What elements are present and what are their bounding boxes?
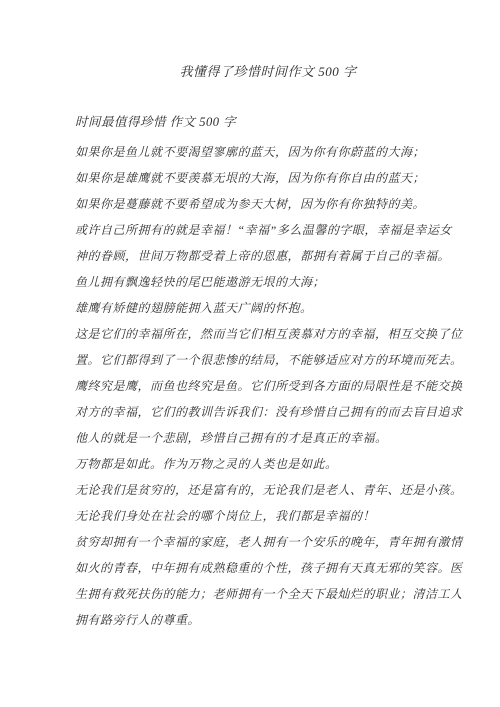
body-line: 如火的青春，中年拥有成熟稳重的个性，孩子拥有天真无邪的笑容。医 bbox=[75, 555, 445, 581]
body-line: 生拥有救死扶伤的能力；老师拥有一个全天下最灿烂的职业；清洁工人 bbox=[75, 581, 445, 607]
document-body: 如果你是鱼儿就不要渴望寥廓的蓝天，因为你有你蔚蓝的大海； 如果你是雄鹰就不要羡慕… bbox=[75, 139, 445, 633]
body-line: 鹰终究是鹰，而鱼也终究是鱼。它们所受到各方面的局限性是不能交换 bbox=[75, 373, 445, 399]
body-line: 无论我们是贫穷的，还是富有的，无论我们是老人、青年、还是小孩。 bbox=[75, 477, 445, 503]
body-line: 神的眷顾，世间万物都受着上帝的恩惠，都拥有着属于自己的幸福。 bbox=[75, 243, 445, 269]
document-page: 我懂得了珍惜时间作文 500 字 时间最值得珍惜 作文 500 字 如果你是鱼儿… bbox=[0, 0, 500, 707]
body-line: 这是它们的幸福所在，然而当它们相互羡慕对方的幸福，相互交换了位 bbox=[75, 321, 445, 347]
body-line: 或许自己所拥有的就是幸福！“幸福”多么温馨的字眼，幸福是幸运女 bbox=[75, 217, 445, 243]
body-line: 贫穷却拥有一个幸福的家庭，老人拥有一个安乐的晚年，青年拥有激情 bbox=[75, 529, 445, 555]
body-line: 置。它们都得到了一个很悲惨的结局，不能够适应对方的环境而死去。 bbox=[75, 347, 445, 373]
body-line: 鱼儿拥有飘逸轻快的尾巴能遨游无垠的大海； bbox=[75, 269, 445, 295]
body-line: 对方的幸福，它们的教训告诉我们：没有珍惜自己拥有的而去盲目追求 bbox=[75, 399, 445, 425]
body-line: 他人的就是一个悲剧，珍惜自己拥有的才是真正的幸福。 bbox=[75, 425, 445, 451]
document-subtitle: 时间最值得珍惜 作文 500 字 bbox=[75, 114, 236, 130]
body-line: 万物都是如此。作为万物之灵的人类也是如此。 bbox=[75, 451, 445, 477]
body-line: 如果你是蔓藤就不要希望成为参天大树，因为你有你独特的美。 bbox=[75, 191, 445, 217]
body-line: 雄鹰有矫健的翅膀能拥入蓝天广阔的怀抱。 bbox=[75, 295, 445, 321]
document-title: 我懂得了珍惜时间作文 500 字 bbox=[0, 64, 500, 80]
body-line: 如果你是雄鹰就不要羡慕无垠的大海，因为你有你自由的蓝天； bbox=[75, 165, 445, 191]
body-line: 如果你是鱼儿就不要渴望寥廓的蓝天，因为你有你蔚蓝的大海； bbox=[75, 139, 445, 165]
body-line: 拥有路旁行人的尊重。 bbox=[75, 607, 445, 633]
body-line: 无论我们身处在社会的哪个岗位上，我们都是幸福的！ bbox=[75, 503, 445, 529]
